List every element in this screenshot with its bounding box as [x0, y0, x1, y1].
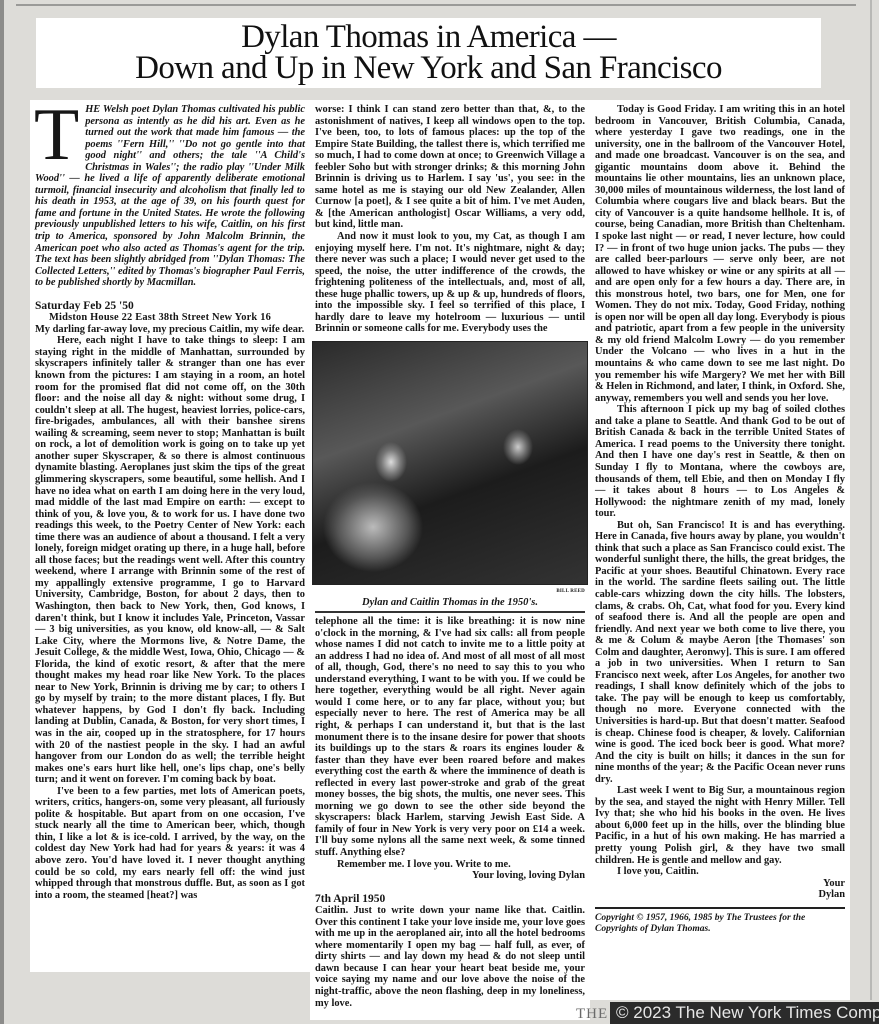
letter2-paragraph-4: But oh, San Francisco! It is and has eve…	[595, 520, 845, 786]
article-column-1: THE Welsh poet Dylan Thomas cultivated h…	[30, 100, 310, 972]
letter1-salutation: My darling far-away love, my precious Ca…	[35, 324, 305, 336]
headline-line-1: Dylan Thomas in America —	[36, 18, 821, 53]
letter1-paragraph-2-cont: worse: I think I can stand zero better t…	[315, 104, 585, 231]
copyright-banner: © 2023 The New York Times Company	[610, 1002, 879, 1024]
top-rule	[16, 4, 856, 6]
letter1-address: Midston House 22 East 38th Street New Yo…	[35, 312, 305, 324]
letter1-paragraph-3: And now it must look to you, my Cat, as …	[315, 231, 585, 335]
letter1-paragraph-4: telephone all the time: it is like breat…	[315, 616, 585, 858]
letter2-signature-your: Your	[595, 878, 845, 890]
intro-paragraph: THE Welsh poet Dylan Thomas cultivated h…	[35, 104, 305, 289]
letter1-paragraph-2-start: I've been to a few parties, met lots of …	[35, 786, 305, 901]
photo-credit: BILL REED	[315, 586, 585, 598]
photo-caption: Dylan and Caitlin Thomas in the 1950's.	[315, 597, 585, 609]
masthead-fragment: THE	[576, 1006, 608, 1023]
copyright-note: Copyright © 1957, 1966, 1985 by The Trus…	[595, 913, 845, 935]
photo-dylan-and-caitlin	[312, 341, 588, 585]
end-rule	[595, 907, 845, 909]
headline-line-2: Down and Up in New York and San Francisc…	[36, 53, 821, 84]
letter1-paragraph-1: Here, each night I have to take things t…	[35, 335, 305, 785]
letter1-date: Saturday Feb 25 '50	[35, 301, 305, 313]
article-column-3: Today is Good Friday. I am writing this …	[590, 100, 850, 1000]
letter1-signature: Your loving, loving Dylan	[315, 870, 585, 882]
page-left-edge	[0, 0, 4, 1024]
letter2-paragraph-5: Last week I went to Big Sur, a mountaino…	[595, 785, 845, 866]
letter2-paragraph-3: This afternoon I pick up my bag of soile…	[595, 404, 845, 519]
letter2-paragraph-2: Today is Good Friday. I am writing this …	[595, 104, 845, 404]
article-column-2: worse: I think I can stand zero better t…	[310, 100, 590, 1020]
right-rule	[870, 0, 872, 1000]
headline: Dylan Thomas in America — Down and Up in…	[36, 18, 821, 88]
letter1-closing: Remember me. I love you. Write to me.	[315, 859, 585, 871]
caption-rule	[315, 611, 585, 613]
drop-cap: T	[34, 106, 79, 164]
letter2-date: 7th April 1950	[315, 894, 585, 906]
letter2-signature-dylan: Dylan	[595, 889, 845, 901]
letter2-closing: I love you, Caitlin.	[595, 866, 845, 878]
letter2-paragraph-1: Caitlin. Just to write down your name li…	[315, 905, 585, 1009]
